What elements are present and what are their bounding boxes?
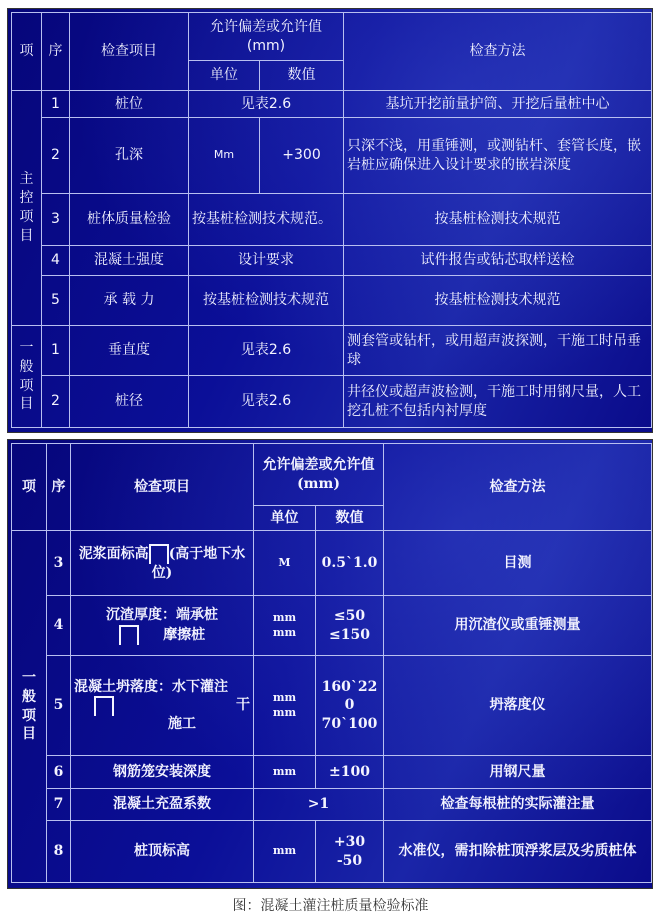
seq-cell: 1 <box>42 326 70 376</box>
item-cell: 孔深 <box>70 118 189 194</box>
seq-cell: 5 <box>42 276 70 326</box>
method-cell: 测套管或钻杆，或用超声波探测，干施工时吊垂球 <box>344 326 652 376</box>
item-cell: 钢筋笼安装深度 <box>71 756 254 789</box>
table-row: 4 沉渣厚度：端承桩 摩擦桩 mmmm ≤50≤150 用沉渣仪或重锤测量 <box>12 596 652 656</box>
item-cell: 混凝土强度 <box>70 246 189 276</box>
seq-cell: 1 <box>42 91 70 118</box>
value-cell: 0.5`1.0 <box>316 531 384 596</box>
header-method: 检查方法 <box>344 13 652 91</box>
tolerance-cell: 设计要求 <box>189 246 344 276</box>
header-tolerance: 允许偏差或允许值(mm) <box>189 13 344 61</box>
value-cell: +300 <box>260 118 344 194</box>
value-cell: +30-50 <box>316 821 384 883</box>
missing-glyph-box-icon <box>94 696 114 716</box>
seq-cell: 3 <box>42 194 70 246</box>
inspection-table-2: 项 序 检查项目 允许偏差或允许值(mm) 检查方法 单位 数值 一般项目 3 … <box>7 439 653 889</box>
table-row: 7 混凝土充盈系数 >1 检查每根桩的实际灌注量 <box>12 789 652 821</box>
method-cell: 目测 <box>384 531 652 596</box>
header-item: 项 <box>12 13 42 91</box>
method-cell: 水准仪，需扣除桩顶浮浆层及劣质桩体 <box>384 821 652 883</box>
seq-cell: 7 <box>47 789 71 821</box>
method-cell: 检查每根桩的实际灌注量 <box>384 789 652 821</box>
table-row: 3 桩体质量检验 按基桩检测技术规范。 按基桩检测技术规范 <box>12 194 652 246</box>
table-row: 一般项目 1 垂直度 见表2.6 测套管或钻杆，或用超声波探测，干施工时吊垂球 <box>12 326 652 376</box>
method-cell: 用钢尺量 <box>384 756 652 789</box>
unit-cell: mm <box>254 756 316 789</box>
header-check-item: 检查项目 <box>71 444 254 531</box>
table-row: 5 混凝土坍落度：水下灌注干施工 mmmm 160`22070`100 坍落度仪 <box>12 656 652 756</box>
item-cell: 混凝土坍落度：水下灌注干施工 <box>71 656 254 756</box>
method-cell: 只深不浅，用重锤测，或测钻杆、套管长度，嵌岩桩应确保进入设计要求的嵌岩深度 <box>344 118 652 194</box>
tolerance-cell: 按基桩检测技术规范 <box>189 276 344 326</box>
item-cell: 承 载 力 <box>70 276 189 326</box>
tolerance-cell: 见表2.6 <box>189 91 344 118</box>
method-cell: 坍落度仪 <box>384 656 652 756</box>
table-row: 主控项目 1 桩位 见表2.6 基坑开挖前量护筒、开挖后量桩中心 <box>12 91 652 118</box>
unit-cell: mmmm <box>254 656 316 756</box>
header-tolerance: 允许偏差或允许值(mm) <box>254 444 384 506</box>
method-cell: 井径仪或超声波检测，干施工时用钢尺量，人工挖孔桩不包括内衬厚度 <box>344 376 652 428</box>
header-unit: 单位 <box>189 61 260 91</box>
method-cell: 按基桩检测技术规范 <box>344 276 652 326</box>
header-seq: 序 <box>47 444 71 531</box>
seq-cell: 5 <box>47 656 71 756</box>
tolerance-cell: 见表2.6 <box>189 376 344 428</box>
group-general: 一般项目 <box>12 531 47 883</box>
tolerance-cell: 按基桩检测技术规范。 <box>189 194 344 246</box>
value-cell: ±100 <box>316 756 384 789</box>
header-value: 数值 <box>316 506 384 531</box>
method-cell: 基坑开挖前量护筒、开挖后量桩中心 <box>344 91 652 118</box>
item-cell: 垂直度 <box>70 326 189 376</box>
tolerance-cell: 见表2.6 <box>189 326 344 376</box>
item-cell: 桩顶标高 <box>71 821 254 883</box>
header-check-item: 检查项目 <box>70 13 189 91</box>
table-row: 4 混凝土强度 设计要求 试件报告或钻芯取样送检 <box>12 246 652 276</box>
header-seq: 序 <box>42 13 70 91</box>
table-row: 2 桩径 见表2.6 井径仪或超声波检测，干施工时用钢尺量，人工挖孔桩不包括内衬… <box>12 376 652 428</box>
table-row: 6 钢筋笼安装深度 mm ±100 用钢尺量 <box>12 756 652 789</box>
table-1: 项 序 检查项目 允许偏差或允许值(mm) 检查方法 单位 数值 主控项目 1 … <box>11 12 652 428</box>
value-cell: ≤50≤150 <box>316 596 384 656</box>
item-cell: 泥浆面标高(高于地下水位) <box>71 531 254 596</box>
table-row: 2 孔深 Mm +300 只深不浅，用重锤测，或测钻杆、套管长度，嵌岩桩应确保进… <box>12 118 652 194</box>
table-row: 一般项目 3 泥浆面标高(高于地下水位) M 0.5`1.0 目测 <box>12 531 652 596</box>
item-cell: 混凝土充盈系数 <box>71 789 254 821</box>
tolerance-cell: >1 <box>254 789 384 821</box>
method-cell: 按基桩检测技术规范 <box>344 194 652 246</box>
seq-cell: 2 <box>42 118 70 194</box>
header-value: 数值 <box>260 61 344 91</box>
header-method: 检查方法 <box>384 444 652 531</box>
missing-glyph-box-icon <box>149 544 169 564</box>
seq-cell: 6 <box>47 756 71 789</box>
seq-cell: 4 <box>42 246 70 276</box>
value-cell: 160`22070`100 <box>316 656 384 756</box>
inspection-table-1: 项 序 检查项目 允许偏差或允许值(mm) 检查方法 单位 数值 主控项目 1 … <box>7 8 653 433</box>
item-cell: 桩体质量检验 <box>70 194 189 246</box>
seq-cell: 3 <box>47 531 71 596</box>
header-unit: 单位 <box>254 506 316 531</box>
group-general: 一般项目 <box>12 326 42 428</box>
item-cell: 桩径 <box>70 376 189 428</box>
missing-glyph-box-icon <box>119 625 139 645</box>
method-cell: 用沉渣仪或重锤测量 <box>384 596 652 656</box>
table-2: 项 序 检查项目 允许偏差或允许值(mm) 检查方法 单位 数值 一般项目 3 … <box>11 443 652 883</box>
table-row: 8 桩顶标高 mm +30-50 水准仪，需扣除桩顶浮浆层及劣质桩体 <box>12 821 652 883</box>
figure-caption: 图：混凝土灌注桩质量检验标准 <box>0 895 661 915</box>
seq-cell: 2 <box>42 376 70 428</box>
item-cell: 桩位 <box>70 91 189 118</box>
table-row: 5 承 载 力 按基桩检测技术规范 按基桩检测技术规范 <box>12 276 652 326</box>
item-cell: 沉渣厚度：端承桩 摩擦桩 <box>71 596 254 656</box>
seq-cell: 4 <box>47 596 71 656</box>
method-cell: 试件报告或钻芯取样送检 <box>344 246 652 276</box>
unit-cell: Mm <box>189 118 260 194</box>
group-main-control: 主控项目 <box>12 91 42 326</box>
unit-cell: mmmm <box>254 596 316 656</box>
unit-cell: mm <box>254 821 316 883</box>
header-item: 项 <box>12 444 47 531</box>
unit-cell: M <box>254 531 316 596</box>
seq-cell: 8 <box>47 821 71 883</box>
